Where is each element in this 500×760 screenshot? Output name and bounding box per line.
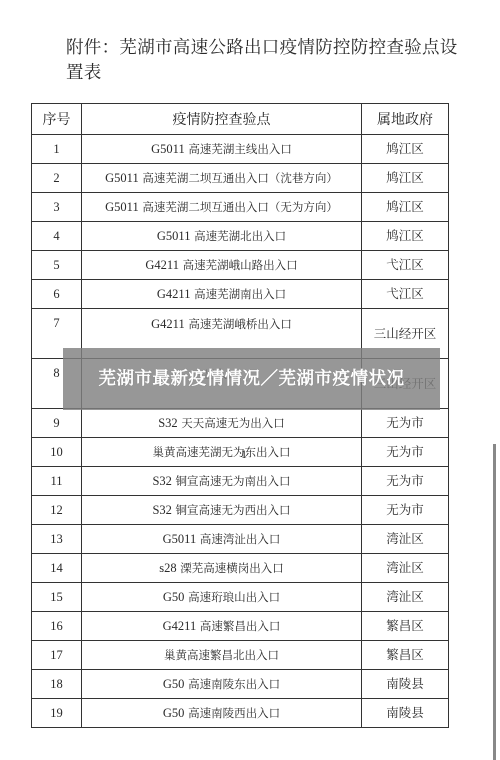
road-code: G5011 [163,532,197,546]
road-code: G50 [163,706,185,720]
row-checkpoint: G4211 高速繁昌出入口 [82,612,362,641]
row-num: 18 [32,670,82,699]
row-checkpoint: s28 溧芜高速横岗出入口 [82,554,362,583]
scrollbar[interactable] [493,444,496,760]
table-row: 11 S32 铜宣高速无为南出入口 无为市 [32,467,449,496]
road-code: S32 [152,474,171,488]
road-code: G5011 [157,229,191,243]
document-title: 附件：芜湖市高速公路出口疫情防控防控查验点设置表 [66,36,466,86]
row-checkpoint: S32 铜宣高速无为西出入口 [82,496,362,525]
row-num: 1 [32,135,82,164]
table-header-row: 序号 疫情防控查验点 属地政府 [32,104,449,135]
row-num: 5 [32,251,82,280]
table-row: 6 G4211 高速芜湖南出入口 弋江区 [32,280,449,309]
row-num: 6 [32,280,82,309]
checkpoint-name: 高速珩琅山出入口 [188,590,280,604]
row-gov: 湾沚区 [362,554,449,583]
table-row: 18 G50 高速南陵东出入口 南陵县 [32,670,449,699]
row-checkpoint: G4211 高速芜湖峨山路出入口 [82,251,362,280]
checkpoint-name: 天天高速无为出入口 [181,416,285,430]
row-checkpoint: 巢黄高速芜湖无为东出入口 [82,438,362,467]
stray-mark: 1 [241,447,247,462]
row-gov: 南陵县 [362,670,449,699]
road-code: G5011 [151,142,185,156]
checkpoint-table: 序号 疫情防控查验点 属地政府 1 G5011 高速芜湖主线出入口 鸠江区 2 … [31,103,449,728]
row-checkpoint: G5011 高速芜湖主线出入口 [82,135,362,164]
checkpoint-name: 高速芜湖二坝互通出入口（无为方向） [142,200,338,214]
row-checkpoint: G5011 高速芜湖二坝互通出入口（沈巷方向） [82,164,362,193]
row-num: 17 [32,641,82,670]
row-gov: 无为市 [362,438,449,467]
road-code: S32 [158,416,177,430]
row-num: 10 [32,438,82,467]
row-checkpoint: G4211 高速芜湖南出入口 [82,280,362,309]
checkpoint-name: 高速芜湖南出入口 [194,287,286,301]
row-gov: 湾沚区 [362,525,449,554]
checkpoint-name: 铜宣高速无为南出入口 [176,474,291,488]
road-code: G50 [163,677,185,691]
table-row: 16 G4211 高速繁昌出入口 繁昌区 [32,612,449,641]
checkpoint-name: 溧芜高速横岗出入口 [180,561,284,575]
table-row: 14 s28 溧芜高速横岗出入口 湾沚区 [32,554,449,583]
row-gov: 鸠江区 [362,164,449,193]
header-num: 序号 [32,104,82,135]
row-checkpoint: G5011 高速芜湖北出入口 [82,222,362,251]
table-row: 12 S32 铜宣高速无为西出入口 无为市 [32,496,449,525]
row-num: 11 [32,467,82,496]
row-gov: 弋江区 [362,251,449,280]
row-checkpoint: G5011 高速湾沚出入口 [82,525,362,554]
row-gov: 南陵县 [362,699,449,728]
table-row: 9 S32 天天高速无为出入口 无为市 [32,409,449,438]
header-checkpoint: 疫情防控查验点 [82,104,362,135]
table-row: 1 G5011 高速芜湖主线出入口 鸠江区 [32,135,449,164]
checkpoint-name: 高速南陵西出入口 [188,706,280,720]
road-code: G50 [163,590,185,604]
row-checkpoint: G50 高速珩琅山出入口 [82,583,362,612]
road-code: G4211 [151,317,185,331]
row-num: 2 [32,164,82,193]
row-num: 3 [32,193,82,222]
row-gov: 无为市 [362,467,449,496]
row-gov: 繁昌区 [362,641,449,670]
row-gov: 无为市 [362,496,449,525]
row-num: 16 [32,612,82,641]
checkpoint-name: 高速芜湖北出入口 [194,229,286,243]
table-row: 5 G4211 高速芜湖峨山路出入口 弋江区 [32,251,449,280]
row-checkpoint: 巢黄高速繁昌北出入口 [82,641,362,670]
caption-text: 芜湖市最新疫情情况／芜湖市疫情状况 [72,368,432,390]
table-row: 2 G5011 高速芜湖二坝互通出入口（沈巷方向） 鸠江区 [32,164,449,193]
row-gov: 湾沚区 [362,583,449,612]
road-code: G4211 [145,258,179,272]
table-row: 13 G5011 高速湾沚出入口 湾沚区 [32,525,449,554]
row-gov: 鸠江区 [362,193,449,222]
checkpoint-name: 高速芜湖主线出入口 [188,142,292,156]
row-checkpoint: G50 高速南陵西出入口 [82,699,362,728]
table-row: 19 G50 高速南陵西出入口 南陵县 [32,699,449,728]
row-gov: 繁昌区 [362,612,449,641]
row-num: 9 [32,409,82,438]
table-row: 10 巢黄高速芜湖无为东出入口 无为市 [32,438,449,467]
checkpoint-name: 高速芜湖峨山路出入口 [183,258,298,272]
checkpoint-name: 高速芜湖二坝互通出入口（沈巷方向） [142,171,338,185]
checkpoint-name: 高速芜湖峨桥出入口 [188,317,292,331]
checkpoint-name: 铜宣高速无为西出入口 [176,503,291,517]
road-code: G4211 [157,287,191,301]
table-row: 3 G5011 高速芜湖二坝互通出入口（无为方向） 鸠江区 [32,193,449,222]
table-row: 4 G5011 高速芜湖北出入口 鸠江区 [32,222,449,251]
row-checkpoint: S32 铜宣高速无为南出入口 [82,467,362,496]
row-num: 15 [32,583,82,612]
row-gov: 无为市 [362,409,449,438]
header-gov: 属地政府 [362,104,449,135]
road-code: G5011 [105,200,139,214]
checkpoint-name: 高速繁昌出入口 [200,619,281,633]
table-row: 15 G50 高速珩琅山出入口 湾沚区 [32,583,449,612]
road-code: G5011 [105,171,139,185]
row-num: 4 [32,222,82,251]
row-num: 19 [32,699,82,728]
checkpoint-name: 高速湾沚出入口 [200,532,281,546]
checkpoint-name: 巢黄高速繁昌北出入口 [164,648,279,662]
row-num: 13 [32,525,82,554]
checkpoint-name: 巢黄高速芜湖无为东出入口 [153,445,291,459]
row-checkpoint: G5011 高速芜湖二坝互通出入口（无为方向） [82,193,362,222]
row-gov: 鸠江区 [362,222,449,251]
caption-overlay: 芜湖市最新疫情情况／芜湖市疫情状况 [63,348,440,410]
row-num: 14 [32,554,82,583]
road-code: G4211 [163,619,197,633]
road-code: S32 [152,503,171,517]
road-code: s28 [159,561,176,575]
row-checkpoint: S32 天天高速无为出入口 [82,409,362,438]
table-row: 17 巢黄高速繁昌北出入口 繁昌区 [32,641,449,670]
row-gov: 鸠江区 [362,135,449,164]
checkpoint-name: 高速南陵东出入口 [188,677,280,691]
row-checkpoint: G50 高速南陵东出入口 [82,670,362,699]
row-gov: 弋江区 [362,280,449,309]
row-num: 12 [32,496,82,525]
